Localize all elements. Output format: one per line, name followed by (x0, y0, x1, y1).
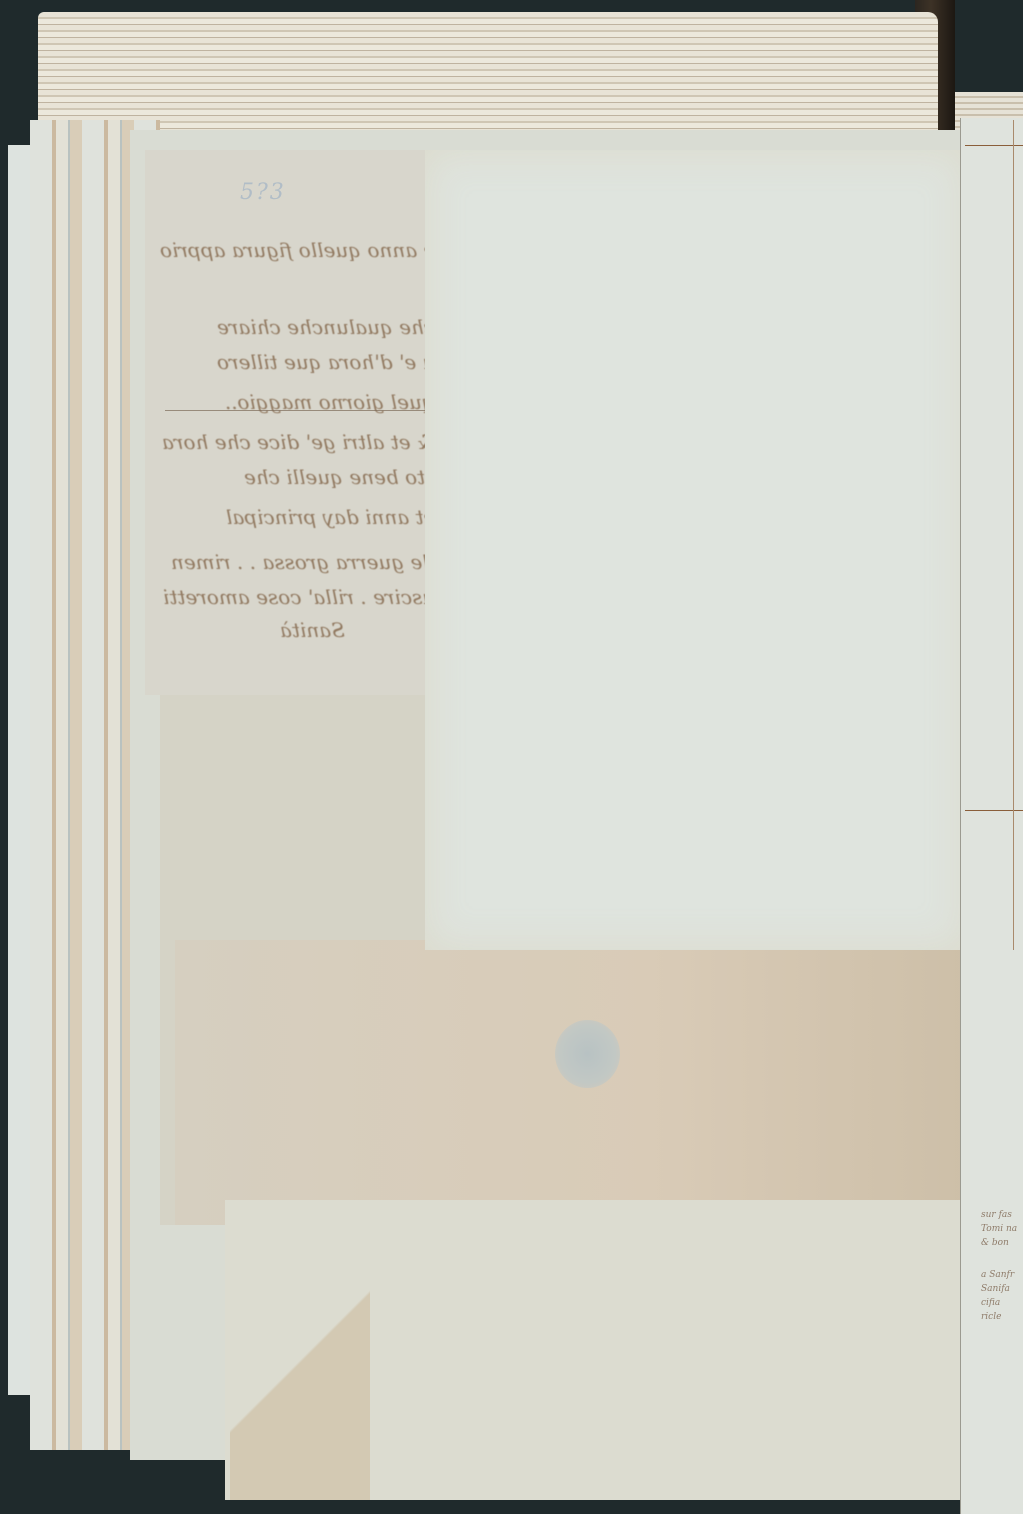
pencil-folio-number: 5?3 (240, 180, 286, 205)
water-stain (555, 1020, 620, 1088)
ruled-line (1013, 120, 1014, 950)
margin-note: Tomi na (981, 1222, 1017, 1236)
ruled-line (165, 410, 435, 411)
handwriting-line: de guerra grossa . . rimen (171, 550, 435, 574)
margin-note: & bon (981, 1236, 1017, 1250)
handwriting-line: a e' d'hora que tillero (217, 350, 435, 374)
margin-note: Sanifa (981, 1282, 1017, 1296)
ruled-line (965, 145, 1023, 146)
margin-note: sur fas (981, 1208, 1017, 1222)
blank-overlay-sheet (425, 150, 965, 950)
margin-note: a Sanfr (981, 1268, 1017, 1282)
handwriting-line: et anni day principal (226, 505, 435, 529)
ruled-line (965, 810, 1023, 811)
handwriting-line: Sanità (280, 618, 345, 642)
handwriting-line: che qualunche chiare (217, 315, 435, 339)
handwriting-line: sto bene quelli che (244, 465, 435, 489)
folded-corner (230, 1290, 370, 1500)
page-stack-top-edge (38, 12, 938, 132)
margin-note: ricle (981, 1310, 1017, 1324)
handwriting-line: e anno quello figura apprio (160, 238, 435, 262)
handwriting-line: uscire . rilla' cose amoretti (163, 585, 435, 609)
handwritten-slip: e anno quello figura apprio che qualunch… (145, 150, 445, 695)
margin-note: cifia (981, 1296, 1017, 1310)
handwriting-line: & et altri ge' dice che hora (162, 430, 435, 454)
